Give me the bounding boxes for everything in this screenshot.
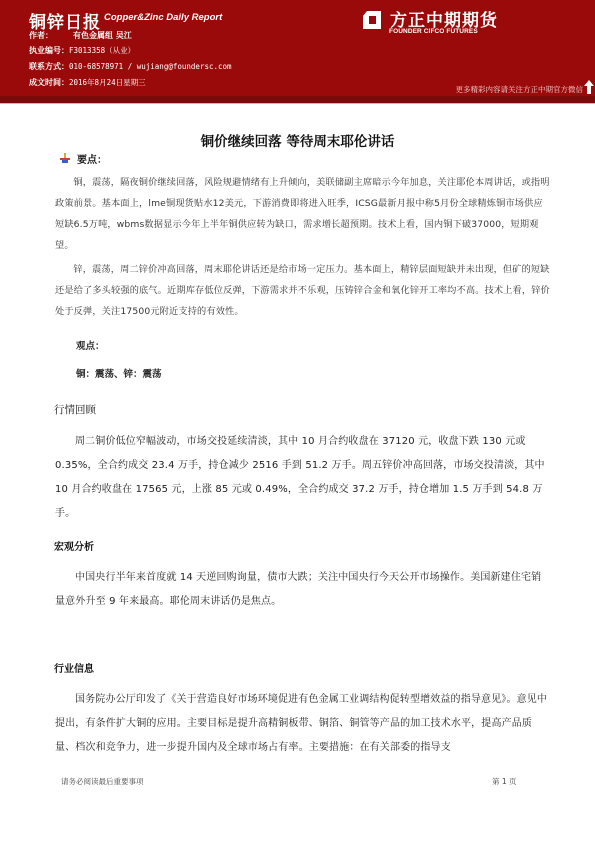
date-row: 成文时间：2016年8月24日星期三 [29,77,146,88]
date-label: 成文时间： [29,77,69,88]
macro-paragraph: 中国央行半年来首度就 14 天逆回购询量，债市大跌；关注中国央行今天公开市场操作… [55,566,550,614]
license-label: 执业编号： [29,45,69,56]
industry-paragraph: 国务院办公厅印发了《关于营造良好市场环境促进有色金属工业调结构促转型增效益的指导… [55,688,550,760]
report-header: 铜锌日报 Copper&Zinc Daily Report 作者：有色金属组 吴… [0,0,595,96]
logo-mark-icon [362,10,382,30]
section-heading-macro: 宏观分析 [54,538,94,553]
logo-en-text: FOUNDER CIFCO FUTURES [389,28,478,35]
zinc-summary: 锌，震荡，周二锌价冲高回落，周末耶伦讲话还是给市场一定压力。基本面上，精锌层面短… [55,259,550,322]
market-review-paragraph: 周二铜价低位窄幅波动，市场交投延续清淡，其中 10 月合约收盘在 37120 元… [55,430,550,526]
header-stripe [0,96,595,103]
section-heading-industry: 行业信息 [54,660,94,675]
view-label: 观点： [76,338,105,352]
contact-label: 联系方式： [29,61,69,72]
view-value: 铜：震荡、锌：震荡 [76,366,162,380]
author-row: 作者：有色金属组 吴江 [29,30,132,41]
key-points-label: 要点： [77,151,107,166]
follow-wechat-text: 更多精彩内容请关注方正中期官方微信 [456,84,584,95]
author-value: 有色金属组 吴江 [73,31,132,40]
license-value: F3013358（从业） [69,46,135,55]
document-title: 铜价继续回落 等待周末耶伦讲话 [0,130,595,150]
copper-summary: 铜，震荡，隔夜铜价继续回落，风险规避情绪有上升倾向，美联储副主席暗示今年加息，关… [55,172,550,256]
contact-row: 联系方式：010-68578971 / wujiang@foundersc.co… [29,61,232,72]
report-subtitle: Copper&Zinc Daily Report [104,12,222,23]
bullet-icon [60,153,70,165]
page-number: 第 1 页 [492,776,517,787]
license-row: 执业编号：F3013358（从业） [29,45,135,56]
author-label: 作者： [29,30,73,41]
key-points-heading: 要点： [60,151,107,166]
contact-value[interactable]: 010-68578971 / wujiang@foundersc.com [69,62,232,71]
up-arrow-icon [584,80,594,94]
header-divider [0,103,595,104]
footer-notice: 请务必阅读最后重要事项 [61,776,144,787]
section-heading-market-review: 行情回顾 [54,402,96,417]
date-value: 2016年8月24日星期三 [69,78,146,87]
